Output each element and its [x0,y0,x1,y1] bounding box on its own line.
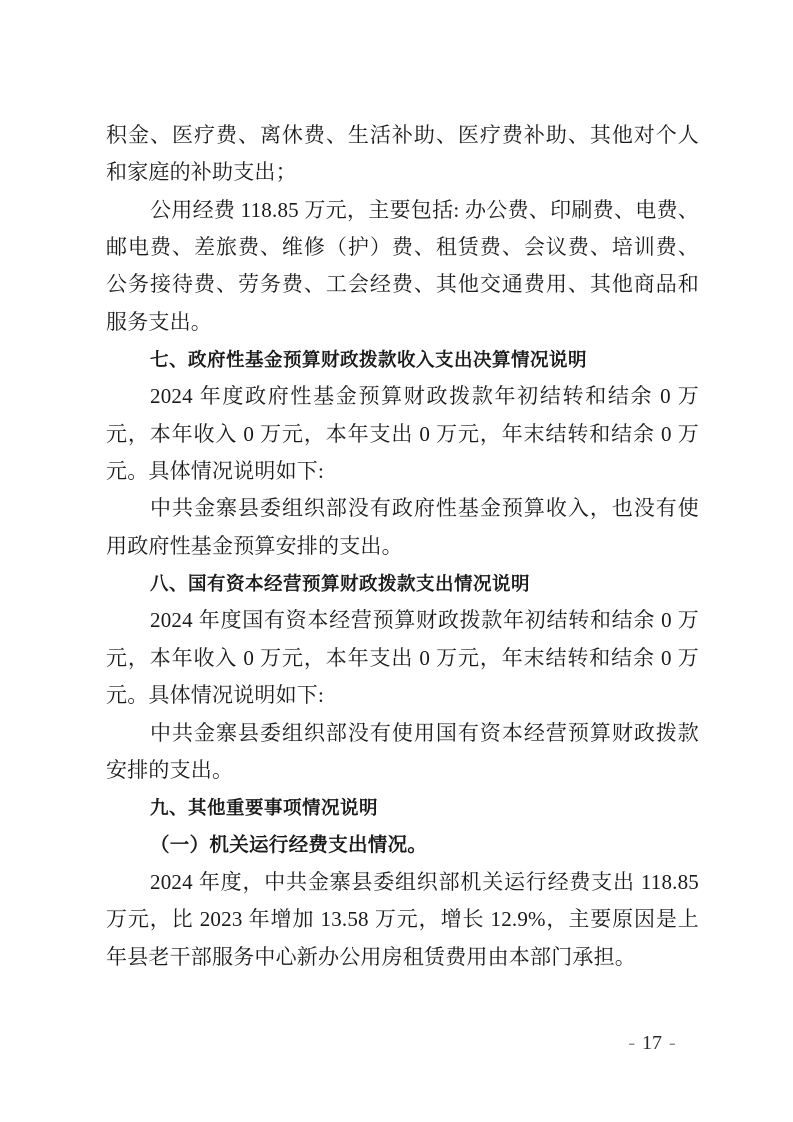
paragraph-line: 中共金寨县委组织部没有政府性基金预算收入，也没有使 [106,490,699,527]
paragraph-line: 2024 年度国有资本经营预算财政拨款年初结转和结余 0 万 [106,602,699,639]
paragraph-line: 和家庭的补助支出； [106,154,699,191]
section-heading-eight: 八、国有资本经营预算财政拨款支出情况说明 [106,565,699,602]
paragraph-line: 用政府性基金预算安排的支出。 [106,528,699,565]
paragraph-line: 2024 年度，中共金寨县委组织部机关运行经费支出 118.85 [106,864,699,901]
paragraph-line: 元，本年收入 0 万元，本年支出 0 万元，年末结转和结余 0 万 [106,416,699,453]
page-number-value: 17 [642,1032,662,1054]
section-heading-seven: 七、政府性基金预算财政拨款收入支出决算情况说明 [106,341,699,378]
paragraph-line: 年县老干部服务中心新办公用房租赁费用由本部门承担。 [106,939,699,976]
sub-heading-one: （一）机关运行经费支出情况。 [106,827,699,864]
paragraph-line: 元。具体情况说明如下: [106,677,699,714]
page-number-left-dash: - [628,1032,635,1054]
paragraph-line: 积金、医疗费、离休费、生活补助、医疗费补助、其他对个人 [106,117,699,154]
paragraph-line: 元。具体情况说明如下: [106,453,699,490]
paragraph-line: 服务支出。 [106,304,699,341]
paragraph-line: 公用经费 118.85 万元，主要包括: 办公费、印刷费、电费、 [106,192,699,229]
paragraph-line: 元，本年收入 0 万元，本年支出 0 万元，年末结转和结余 0 万 [106,640,699,677]
page-number: -17- [596,1032,708,1054]
paragraph-line: 万元，比 2023 年增加 13.58 万元，增长 12.9%，主要原因是上 [106,901,699,938]
page-number-right-dash: - [669,1032,676,1054]
paragraph-line: 2024 年度政府性基金预算财政拨款年初结转和结余 0 万 [106,378,699,415]
document-page: 积金、医疗费、离休费、生活补助、医疗费补助、其他对个人 和家庭的补助支出； 公用… [0,0,793,1122]
paragraph-line: 安排的支出。 [106,752,699,789]
document-text-block: 积金、医疗费、离休费、生活补助、医疗费补助、其他对个人 和家庭的补助支出； 公用… [106,117,699,976]
paragraph-line: 邮电费、差旅费、维修（护）费、租赁费、会议费、培训费、 [106,229,699,266]
paragraph-line: 中共金寨县委组织部没有使用国有资本经营预算财政拨款 [106,715,699,752]
section-heading-nine: 九、其他重要事项情况说明 [106,789,699,826]
paragraph-line: 公务接待费、劳务费、工会经费、其他交通费用、其他商品和 [106,266,699,303]
